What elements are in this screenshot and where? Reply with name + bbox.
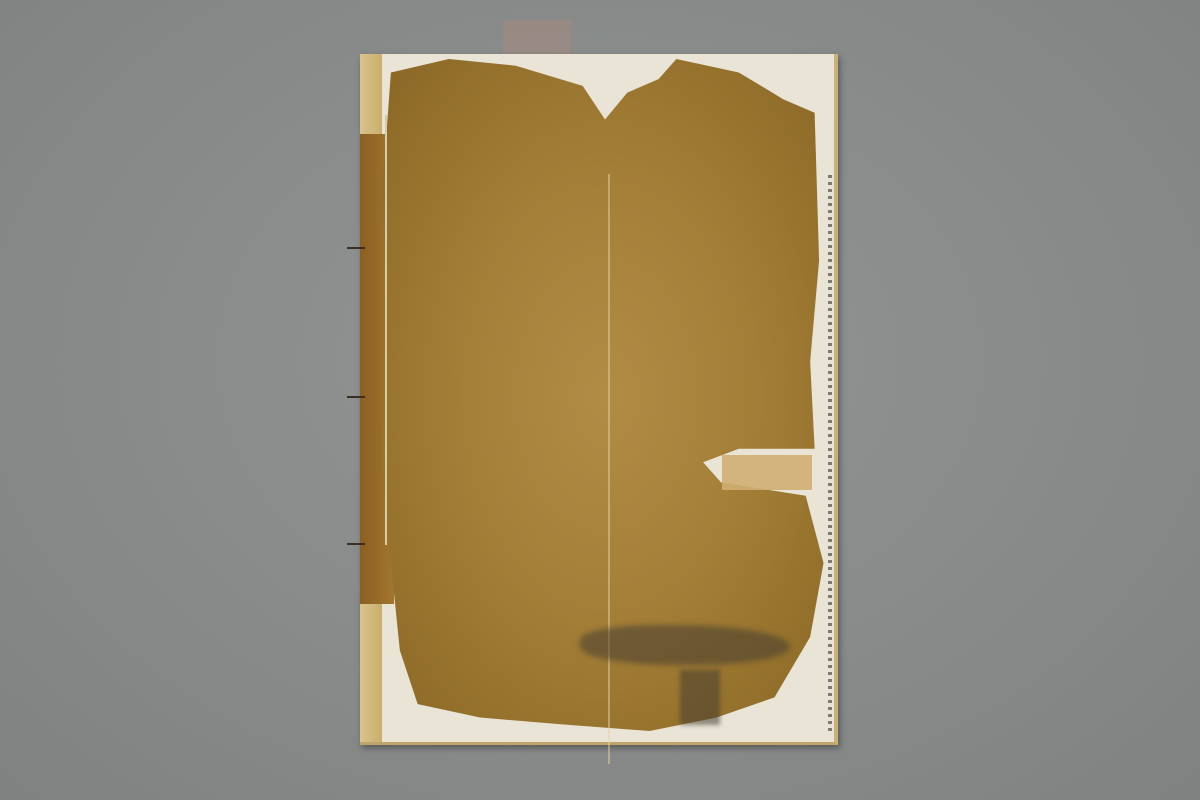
- repair-patch: [722, 455, 812, 490]
- binding-stitch-bottom: [347, 543, 365, 545]
- dark-stain-drip: [680, 670, 720, 725]
- binding-thread: [385, 115, 387, 545]
- binding-stitch-middle: [347, 396, 365, 398]
- page-edge-text: [828, 175, 832, 735]
- dark-stain: [580, 625, 790, 665]
- faint-seal-mark: [503, 20, 571, 56]
- cover-fold-crease: [608, 174, 610, 764]
- binding-stitch-top: [347, 247, 365, 249]
